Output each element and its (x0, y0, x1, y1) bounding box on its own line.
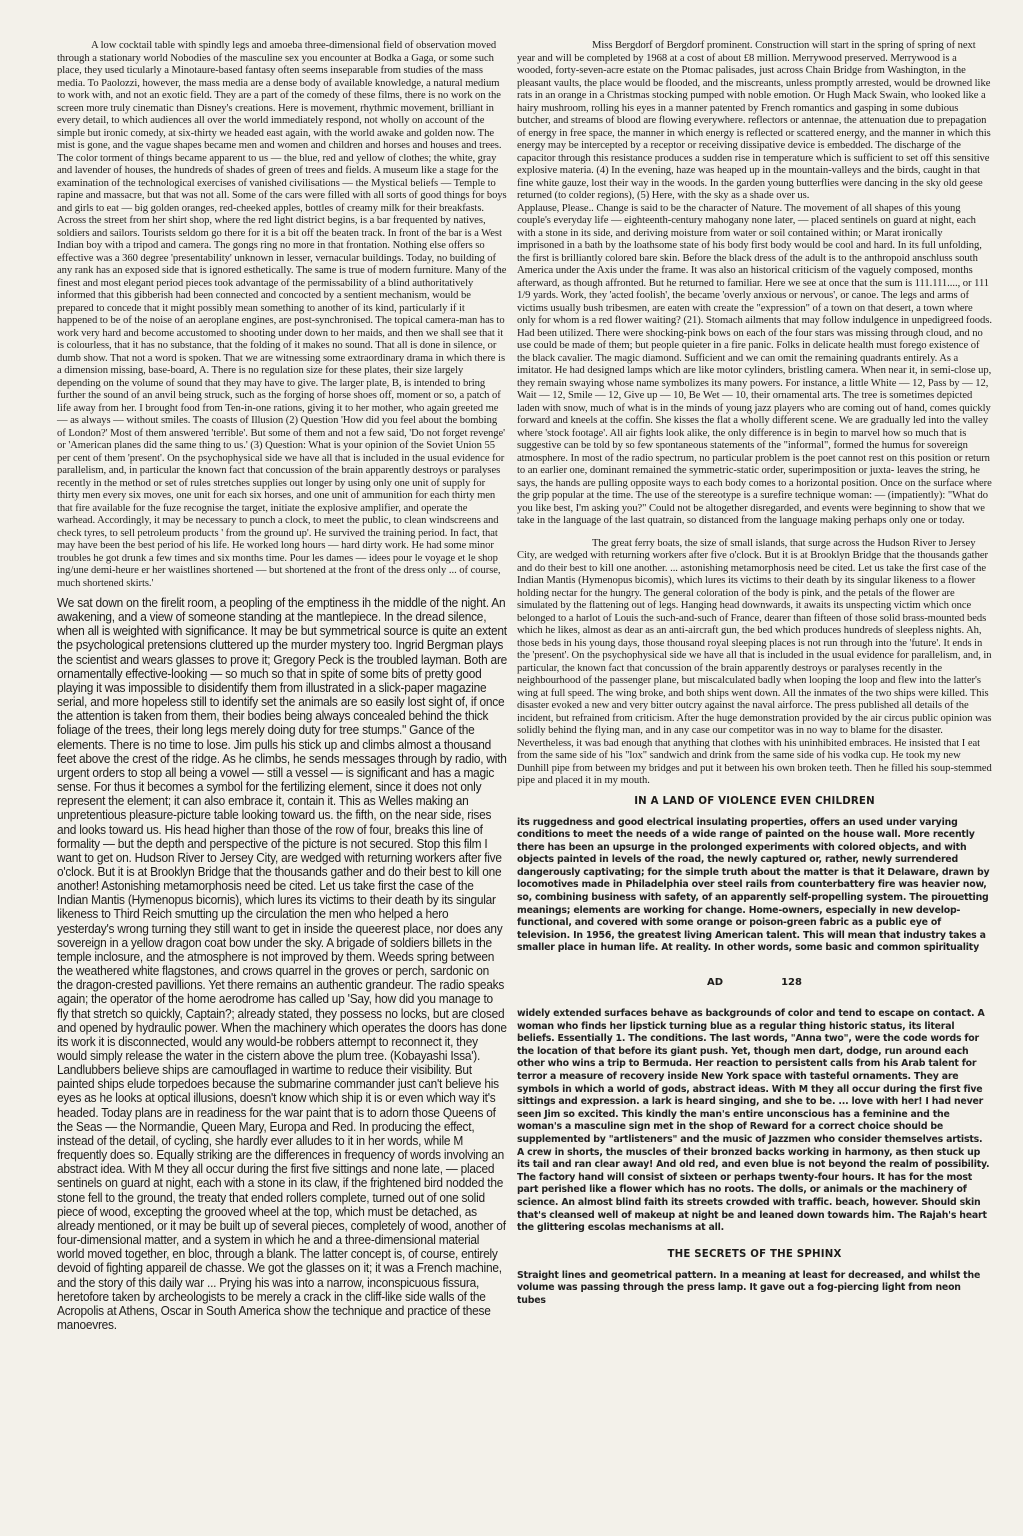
right-column: Miss Bergdorf of Bergdorf prominent. Con… (517, 40, 992, 1308)
left-column: A low cocktail table with spindly legs a… (57, 40, 507, 1332)
document-page: A low cocktail table with spindly legs a… (0, 0, 1023, 1536)
page-number: 128 (781, 977, 802, 988)
body-paragraph-applause: Applause, Please.. Change is said to be … (517, 203, 992, 528)
folio-label: AD (707, 977, 723, 988)
body-paragraph-ferry-boats: The great ferry boats, the size of small… (517, 538, 992, 788)
section-heading-sphinx: THE SECRETS OF THE SPHINX (517, 1249, 992, 1260)
body-paragraph-condensed: We sat down on the firelit room, a peopl… (57, 596, 507, 1332)
page-folio: AD128 (517, 977, 992, 988)
body-paragraph-surfaces: widely extended surfaces behave as backg… (517, 1008, 992, 1235)
body-paragraph-bergdorf: Miss Bergdorf of Bergdorf prominent. Con… (517, 40, 992, 203)
section-heading-violence: IN A LAND OF VIOLENCE EVEN CHILDREN (517, 796, 992, 807)
body-paragraph-typewriter: A low cocktail table with spindly legs a… (57, 40, 507, 590)
body-paragraph-straight-lines: Straight lines and geometrical pattern. … (517, 1270, 992, 1308)
body-paragraph-ruggedness: its ruggedness and good electrical insul… (517, 817, 992, 956)
